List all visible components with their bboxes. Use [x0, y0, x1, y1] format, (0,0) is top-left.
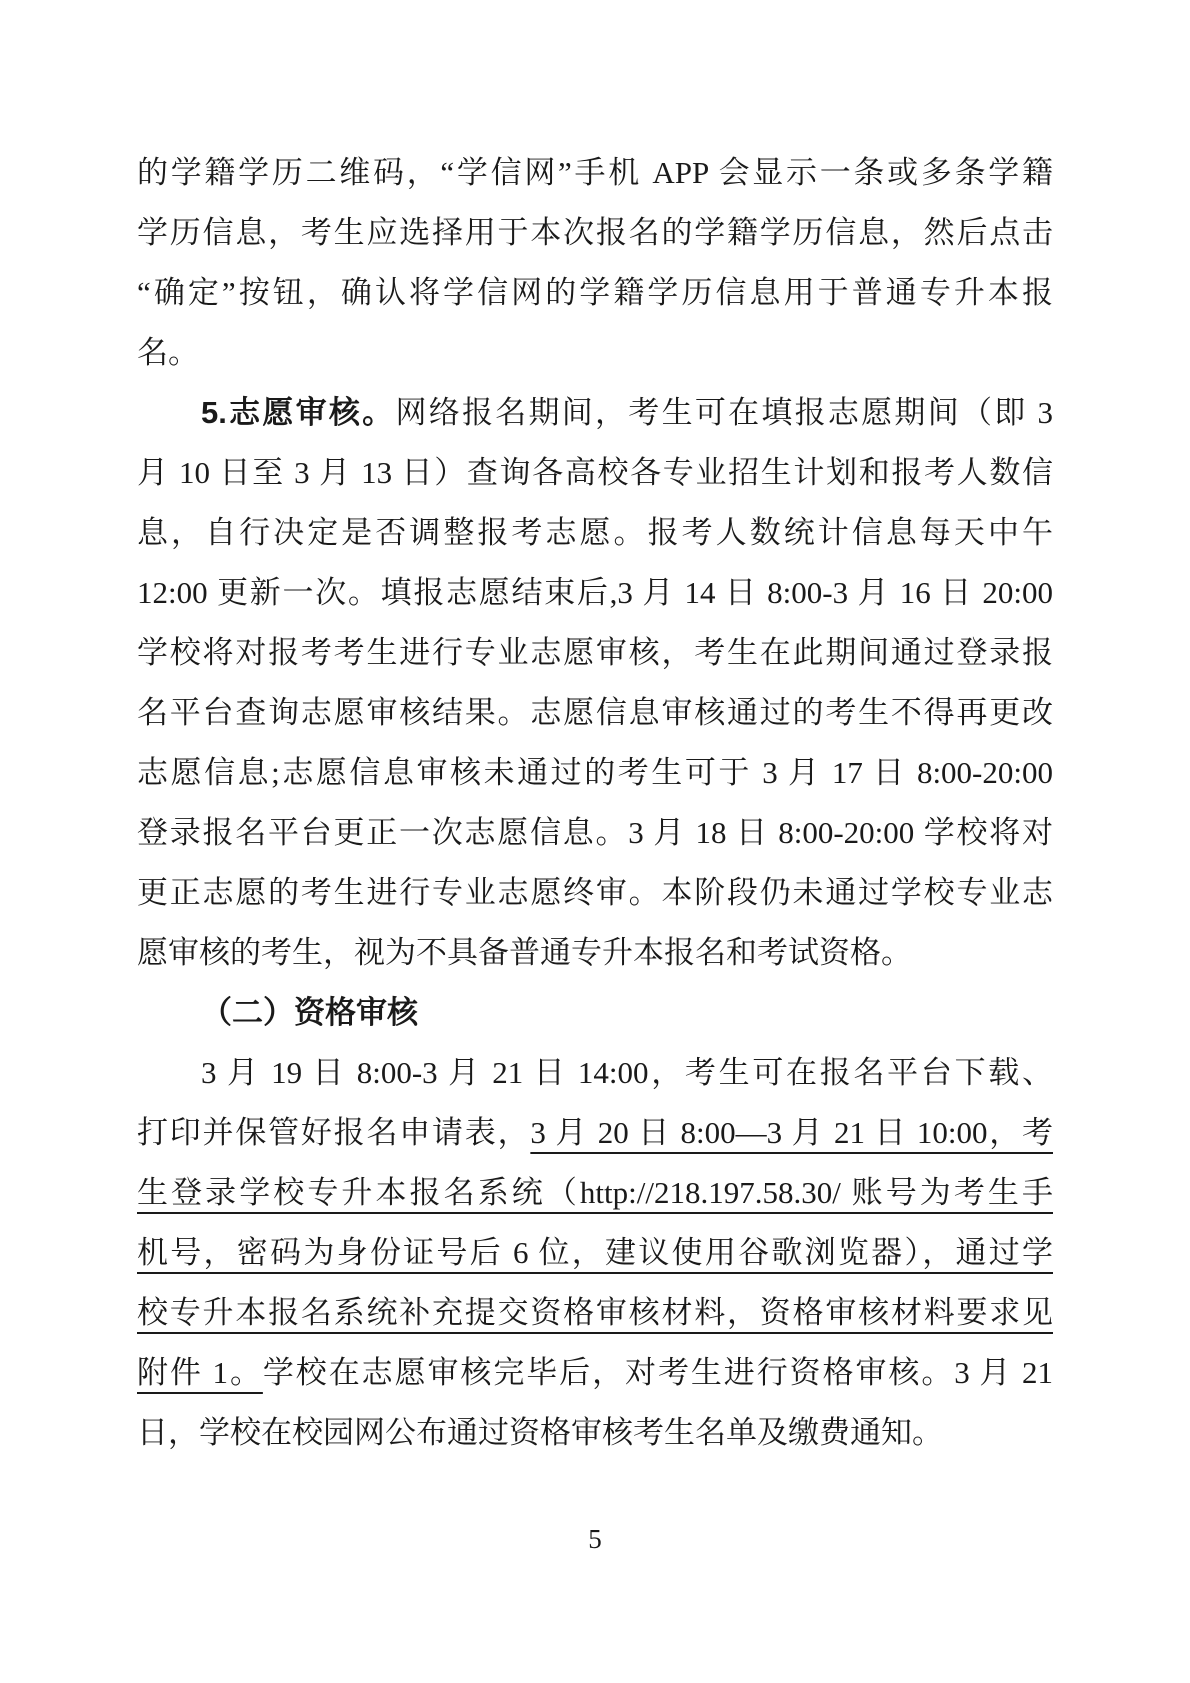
body-text: 学校将对报考考生进行专业志愿审核，考生在此期间通过登录报: [137, 635, 1053, 670]
body-text: 12:00 更新一次。填报志愿结束后,3 月 14 日 8:00-3 月 16 …: [137, 575, 1053, 610]
body-text: 志愿信息;志愿信息审核未通过的考生可于 3 月 17 日 8:00-20:00: [137, 755, 1053, 790]
page-footer: 5: [137, 1524, 1053, 1555]
text-line-2: 学历信息，考生应选择用于本次报名的学籍学历信息，然后点击: [137, 203, 1053, 263]
page-number: 5: [588, 1524, 602, 1554]
text-line-12: 登录报名平台更正一次志愿信息。3 月 18 日 8:00-20:00 学校将对: [137, 803, 1053, 863]
text-line-13: 更正志愿的考生进行专业志愿终审。本阶段仍未通过学校专业志: [137, 863, 1053, 923]
section-heading: （二）资格审核: [137, 983, 1053, 1043]
document-page: 的学籍学历二维码，“学信网”手机 APP 会显示一条或多条学籍学历信息，考生应选…: [0, 0, 1190, 1683]
text-line-8: 12:00 更新一次。填报志愿结束后,3 月 14 日 8:00-3 月 16 …: [137, 563, 1053, 623]
underlined-text: 附件 1。: [137, 1355, 263, 1390]
text-line-4: 名。: [137, 323, 1053, 383]
bold-text: 5.志愿审核。: [201, 395, 395, 430]
body-text: 更正志愿的考生进行专业志愿终审。本阶段仍未通过学校专业志: [137, 875, 1053, 910]
body-text: 学历信息，考生应选择用于本次报名的学籍学历信息，然后点击: [137, 215, 1053, 250]
body-text: “确定”按钮，确认将学信网的学籍学历信息用于普通专升本报: [137, 275, 1053, 310]
document-body: 的学籍学历二维码，“学信网”手机 APP 会显示一条或多条学籍学历信息，考生应选…: [137, 143, 1053, 1463]
text-line-22: 日，学校在校园网公布通过资格审核考生名单及缴费通知。: [137, 1403, 1053, 1463]
text-line-5: 5.志愿审核。网络报名期间，考生可在填报志愿期间（即 3: [137, 383, 1053, 443]
text-line-9: 学校将对报考考生进行专业志愿审核，考生在此期间通过登录报: [137, 623, 1053, 683]
underlined-text: 校专升本报名系统补充提交资格审核材料，资格审核材料要求见: [137, 1295, 1053, 1330]
text-line-17: 打印并保管好报名申请表，3 月 20 日 8:00—3 月 21 日 10:00…: [137, 1103, 1053, 1163]
text-line-10: 名平台查询志愿审核结果。志愿信息审核通过的考生不得再更改: [137, 683, 1053, 743]
body-text: 3 月 19 日 8:00-3 月 21 日 14:00，考生可在报名平台下载、: [201, 1055, 1053, 1090]
text-line-14: 愿审核的考生，视为不具备普通专升本报名和考试资格。: [137, 923, 1053, 983]
body-text: 网络报名期间，考生可在填报志愿期间（即 3: [395, 395, 1053, 430]
body-text: 打印并保管好报名申请表，: [137, 1115, 530, 1150]
body-text: 名平台查询志愿审核结果。志愿信息审核通过的考生不得再更改: [137, 695, 1053, 730]
body-text: 息，自行决定是否调整报考志愿。报考人数统计信息每天中午: [137, 515, 1053, 550]
text-line-7: 息，自行决定是否调整报考志愿。报考人数统计信息每天中午: [137, 503, 1053, 563]
text-line-1: 的学籍学历二维码，“学信网”手机 APP 会显示一条或多条学籍: [137, 143, 1053, 203]
body-text: 日，学校在校园网公布通过资格审核考生名单及缴费通知。: [137, 1415, 943, 1450]
bold-text: （二）资格审核: [201, 995, 418, 1030]
body-text: 的学籍学历二维码，“学信网”手机 APP 会显示一条或多条学籍: [137, 155, 1053, 190]
text-line-11: 志愿信息;志愿信息审核未通过的考生可于 3 月 17 日 8:00-20:00: [137, 743, 1053, 803]
body-text: 名。: [137, 335, 199, 370]
text-line-18: 生登录学校专升本报名系统（http://218.197.58.30/ 账号为考生…: [137, 1163, 1053, 1223]
body-text: 学校在志愿审核完毕后，对考生进行资格审核。3 月 21: [263, 1355, 1053, 1390]
text-line-20: 校专升本报名系统补充提交资格审核材料，资格审核材料要求见: [137, 1283, 1053, 1343]
text-line-6: 月 10 日至 3 月 13 日）查询各高校各专业招生计划和报考人数信: [137, 443, 1053, 503]
underlined-text: 3 月 20 日 8:00—3 月 21 日 10:00，考: [530, 1115, 1053, 1150]
text-line-21: 附件 1。学校在志愿审核完毕后，对考生进行资格审核。3 月 21: [137, 1343, 1053, 1403]
body-text: 月 10 日至 3 月 13 日）查询各高校各专业招生计划和报考人数信: [137, 455, 1053, 490]
underlined-text: 机号，密码为身份证号后 6 位，建议使用谷歌浏览器），通过学: [137, 1235, 1053, 1270]
body-text: 愿审核的考生，视为不具备普通专升本报名和考试资格。: [137, 935, 912, 970]
text-line-3: “确定”按钮，确认将学信网的学籍学历信息用于普通专升本报: [137, 263, 1053, 323]
body-text: 登录报名平台更正一次志愿信息。3 月 18 日 8:00-20:00 学校将对: [137, 815, 1053, 850]
text-line-19: 机号，密码为身份证号后 6 位，建议使用谷歌浏览器），通过学: [137, 1223, 1053, 1283]
text-line-16: 3 月 19 日 8:00-3 月 21 日 14:00，考生可在报名平台下载、: [137, 1043, 1053, 1103]
underlined-text: 生登录学校专升本报名系统（http://218.197.58.30/ 账号为考生…: [137, 1175, 1053, 1210]
